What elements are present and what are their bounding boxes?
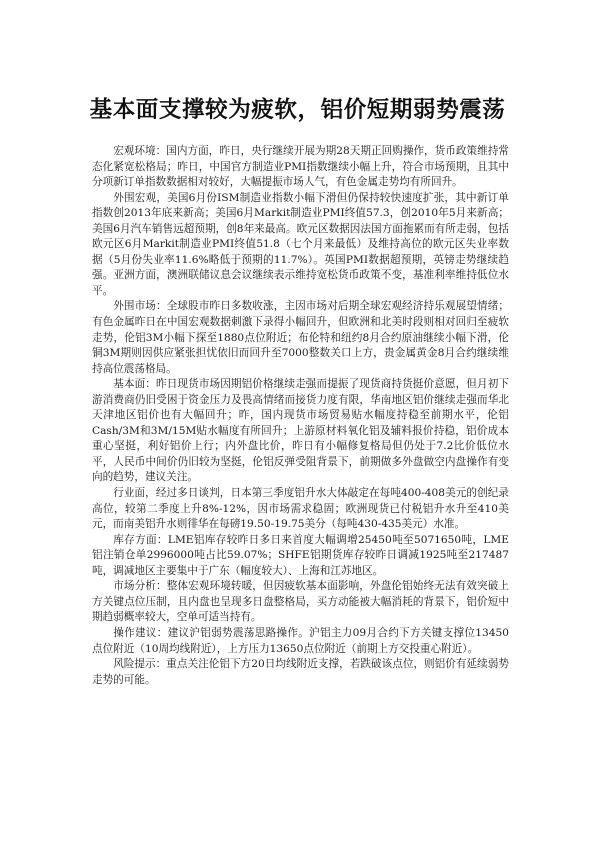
paragraph-fundamentals: 基本面：昨日现货市场因期铝价格继续走强而提振了现货商持货挺价意愿，但月初下游消费… xyxy=(92,377,509,486)
paragraph-inventory: 库存方面：LME铝库存较昨日多日来首度大幅调增25450吨至5071650吨，L… xyxy=(92,533,509,580)
paragraph-risk-warning: 风险提示：重点关注伦铝下方20日均线附近支撑，若跌破该点位，则铝价有延续弱势走势… xyxy=(92,657,509,688)
paragraph-macro-external: 外围宏观，美国6月份ISM制造业指数小幅下滑但仍保持较快速度扩张，其中新订单指数… xyxy=(92,191,509,300)
paragraph-external-markets: 外围市场：全球股市昨日多数收涨，主因市场对后期全球宏观经济持乐观展望情绪；有色金… xyxy=(92,299,509,377)
document-body: 宏观环境：国内方面，昨日，央行继续开展为期28天期正回购操作，货币政策维持常态化… xyxy=(92,144,509,688)
document-title: 基本面支撑较为疲软，铝价短期弱势震荡 xyxy=(0,92,595,124)
paragraph-industry: 行业面，经过多日谈判，日本第三季度铝升水大体敲定在每吨400-408美元的创纪录… xyxy=(92,486,509,533)
paragraph-trading-advice: 操作建议：建议沪铝弱势震荡思路操作。沪铝主力09月合约下方关键支撑位13450点… xyxy=(92,626,509,657)
paragraph-market-analysis: 市场分析：整体宏观环境转暖，但因疲软基本面影响，外盘伦铝始终无法有效突破上方关键… xyxy=(92,579,509,626)
document-page: 基本面支撑较为疲软，铝价短期弱势震荡 宏观环境：国内方面，昨日，央行继续开展为期… xyxy=(0,0,595,842)
paragraph-macro-domestic: 宏观环境：国内方面，昨日，央行继续开展为期28天期正回购操作，货币政策维持常态化… xyxy=(92,144,509,191)
